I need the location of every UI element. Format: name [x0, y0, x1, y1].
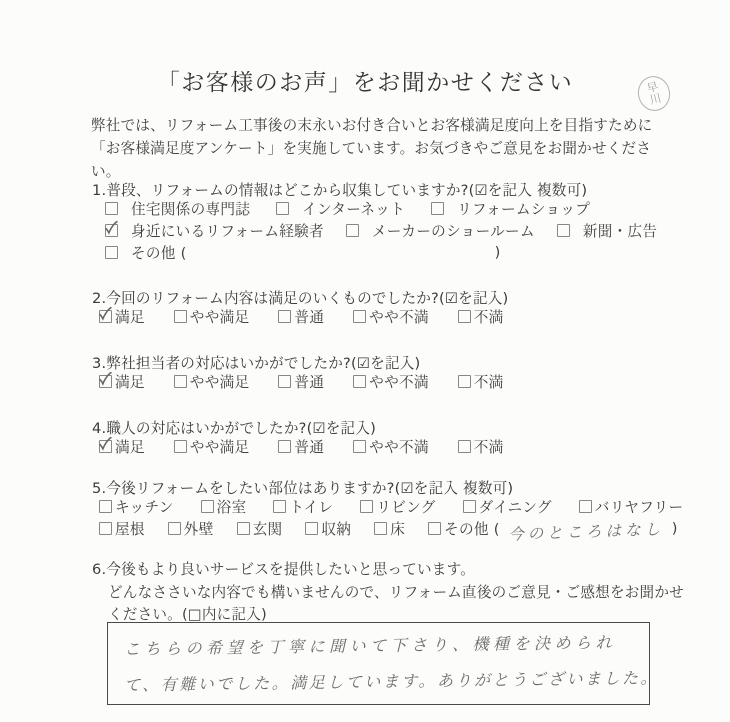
checkbox-option[interactable]: やや不満 [353, 436, 429, 457]
checkbox-icon[interactable] [305, 522, 318, 535]
checkbox-checked-icon[interactable] [99, 310, 112, 323]
checkbox-option[interactable]: リビング [360, 496, 435, 517]
checkbox-option[interactable]: 不満 [458, 306, 504, 327]
checkbox-label: トイレ [289, 496, 333, 517]
handwritten-comment-line-2: て、有難いでした。満足しています。ありがとうございました。 [124, 665, 649, 695]
checkbox-checked-icon[interactable] [99, 440, 112, 453]
checkbox-icon[interactable] [458, 440, 471, 453]
close-paren: ) [672, 520, 678, 537]
checkbox-icon[interactable] [353, 310, 366, 323]
checkbox-label: 普通 [294, 436, 324, 457]
check-mark-icon [103, 220, 120, 237]
checkbox-option[interactable]: やや不満 [353, 371, 429, 392]
checkbox-label: やや不満 [369, 436, 429, 457]
checkbox-icon[interactable] [557, 224, 570, 237]
checkbox-label: キッチン [115, 496, 174, 517]
checkbox-icon[interactable] [278, 310, 291, 323]
checkbox-icon[interactable] [360, 500, 373, 513]
question-2-options-row: 満足やや満足普通やや不満不満 [99, 309, 508, 324]
checkbox-option[interactable]: 普通 [278, 436, 324, 457]
checkbox-label: 不満 [474, 436, 504, 457]
question-1-options-row-2: 身近にいるリフォーム経験者メーカーのショールーム新聞・広告 [105, 223, 657, 238]
checkbox-option[interactable]: その他 () [105, 242, 500, 263]
checkbox-option[interactable]: 住宅関係の専門誌 [105, 198, 250, 219]
question-2-title: 2.今回のリフォーム内容は満足のいくものでしたか?(☑を記入) [92, 287, 508, 303]
checkbox-label: 住宅関係の専門誌 [131, 198, 250, 219]
checkbox-option[interactable]: その他 (今のところはなし) [428, 518, 677, 540]
checkbox-icon[interactable] [99, 500, 112, 513]
checkbox-label: 満足 [115, 371, 145, 392]
checkbox-label: 身近にいるリフォーム経験者 [131, 220, 324, 241]
checkbox-label: やや不満 [369, 371, 429, 392]
comment-box[interactable]: こちらの希望を丁寧に聞いて下さり、機種を決められ て、有難いでした。満足していま… [107, 622, 650, 705]
checkbox-option[interactable]: 満足 [99, 436, 145, 457]
checkbox-label: インターネット [302, 198, 405, 219]
checkbox-label: やや満足 [190, 371, 250, 392]
checkbox-checked-icon[interactable] [99, 375, 112, 388]
checkbox-icon[interactable] [276, 202, 289, 215]
checkbox-option[interactable]: ダイニング [463, 496, 552, 517]
checkbox-option[interactable]: 身近にいるリフォーム経験者 [105, 220, 324, 241]
checkbox-option[interactable]: キッチン [99, 496, 174, 517]
checkbox-label: メーカーのショールーム [372, 220, 535, 241]
question-6: 6.今後もより良いサービスを提供したいと思っています。 どんなささいな内容でも構… [92, 559, 684, 627]
question-6-line-2: どんなささいな内容でも構いませんので、リフォーム直後のご意見・ご感想をお聞かせ [108, 582, 684, 605]
question-3: 3.弊社担当者の対応はいかがでしたか?(☑を記入) 満足やや満足普通やや不満不満 [92, 352, 504, 396]
check-mark-icon [97, 306, 114, 323]
checkbox-option[interactable]: 浴室 [201, 496, 247, 517]
checkbox-icon[interactable] [431, 202, 444, 215]
intro-line-1: 弊社では、リフォーム工事後の末永いお付き合いとお客様満足度向上を目指すために [91, 117, 652, 134]
checkbox-icon[interactable] [99, 522, 112, 535]
checkbox-option[interactable]: やや不満 [353, 306, 429, 327]
checkbox-option[interactable]: バリヤフリー [579, 496, 684, 517]
question-1-title: 1.普段、リフォームの情報はどこから収集していますか?(☑を記入 複数可) [92, 179, 657, 195]
checkbox-icon[interactable] [353, 440, 366, 453]
question-6-line-1: 6.今後もより良いサービスを提供したいと思っています。 [92, 559, 684, 582]
checkbox-option[interactable]: 外壁 [168, 518, 214, 539]
checkbox-option[interactable]: やや満足 [174, 306, 250, 327]
checkbox-icon[interactable] [458, 375, 471, 388]
checkbox-icon[interactable] [237, 522, 250, 535]
checkbox-option[interactable]: 収納 [305, 518, 351, 539]
checkbox-option[interactable]: トイレ [273, 496, 333, 517]
checkbox-icon[interactable] [463, 500, 476, 513]
question-5-options-row-2: 屋根外壁玄関収納床その他 (今のところはなし) [99, 521, 683, 536]
checkbox-checked-icon[interactable] [105, 224, 118, 237]
checkbox-label: やや満足 [190, 306, 250, 327]
checkbox-option[interactable]: やや満足 [174, 436, 250, 457]
checkbox-option[interactable]: 不満 [458, 371, 504, 392]
checkbox-icon[interactable] [168, 522, 181, 535]
checkbox-option[interactable]: インターネット [276, 198, 405, 219]
checkbox-icon[interactable] [174, 375, 187, 388]
checkbox-option[interactable]: 新聞・広告 [557, 220, 657, 241]
checkbox-option[interactable]: 屋根 [99, 518, 145, 539]
question-1-options-row-1: 住宅関係の専門誌インターネットリフォームショップ [105, 201, 657, 216]
checkbox-option[interactable]: 玄関 [237, 518, 283, 539]
checkbox-icon[interactable] [346, 224, 359, 237]
checkbox-label: 外壁 [184, 518, 214, 539]
checkbox-option[interactable]: 普通 [278, 371, 324, 392]
checkbox-icon[interactable] [201, 500, 214, 513]
checkbox-option[interactable]: 満足 [99, 371, 145, 392]
checkbox-label: 新聞・広告 [583, 220, 657, 241]
check-mark-icon [97, 371, 114, 388]
checkbox-icon[interactable] [105, 202, 118, 215]
question-1: 1.普段、リフォームの情報はどこから収集していますか?(☑を記入 複数可) 住宅… [92, 179, 657, 267]
checkbox-label: やや満足 [190, 436, 250, 457]
checkbox-icon[interactable] [579, 500, 592, 513]
check-mark-icon [97, 436, 114, 453]
checkbox-option[interactable]: 床 [374, 518, 405, 539]
checkbox-icon[interactable] [273, 500, 286, 513]
handwritten-answer: 今のところはなし [507, 517, 664, 544]
checkbox-icon[interactable] [278, 440, 291, 453]
checkbox-option[interactable]: 普通 [278, 306, 324, 327]
page-title: 「お客様のお声」をお聞かせください [0, 64, 730, 97]
question-4: 4.職人の対応はいかがでしたか?(☑を記入) 満足やや満足普通やや不満不満 [92, 417, 504, 461]
checkbox-label: 普通 [294, 306, 324, 327]
question-5: 5.今後リフォームをしたい部位はありますか?(☑を記入 複数可) キッチン浴室ト… [92, 477, 683, 543]
checkbox-label: その他 ( [444, 518, 500, 539]
checkbox-icon[interactable] [278, 375, 291, 388]
checkbox-icon[interactable] [174, 440, 187, 453]
checkbox-label: 満足 [115, 436, 145, 457]
survey-page: 「お客様のお声」をお聞かせください 早 川 弊社では、リフォーム工事後の末永いお… [0, 0, 730, 722]
checkbox-option[interactable]: リフォームショップ [431, 198, 590, 219]
checkbox-label: バリヤフリー [595, 496, 684, 517]
close-paren: ) [495, 244, 501, 261]
checkbox-option[interactable]: 不満 [458, 436, 504, 457]
checkbox-label: 不満 [474, 306, 504, 327]
checkbox-label: 普通 [294, 371, 324, 392]
checkbox-icon[interactable] [105, 246, 118, 259]
question-5-title: 5.今後リフォームをしたい部位はありますか?(☑を記入 複数可) [92, 477, 683, 493]
question-4-options-row: 満足やや満足普通やや不満不満 [99, 439, 504, 454]
checkbox-label: やや不満 [369, 306, 429, 327]
question-2: 2.今回のリフォーム内容は満足のいくものでしたか?(☑を記入) 満足やや満足普通… [92, 287, 508, 331]
checkbox-label: 満足 [115, 306, 145, 327]
checkbox-option[interactable]: メーカーのショールーム [346, 220, 535, 241]
checkbox-label: リフォームショップ [457, 198, 590, 219]
intro-text: 弊社では、リフォーム工事後の末永いお付き合いとお客様満足度向上を目指すために 「… [91, 114, 671, 183]
question-4-title: 4.職人の対応はいかがでしたか?(☑を記入) [92, 417, 504, 433]
checkbox-label: その他 ( [131, 242, 187, 263]
intro-line-2: 「お客様満足度アンケート」を実施しています。お気づきやご意見をお聞かせください。 [91, 140, 651, 180]
checkbox-option[interactable]: 満足 [99, 306, 145, 327]
handwritten-comment-line-1: こちらの希望を丁寧に聞いて下さり、機種を決められ [124, 629, 649, 659]
checkbox-label: 収納 [321, 518, 351, 539]
checkbox-icon[interactable] [174, 310, 187, 323]
checkbox-label: 玄関 [253, 518, 283, 539]
hanko-stamp-char-bottom: 川 [648, 92, 662, 106]
checkbox-icon[interactable] [428, 522, 441, 535]
checkbox-label: ダイニング [479, 496, 552, 517]
checkbox-label: 不満 [474, 371, 504, 392]
question-3-title: 3.弊社担当者の対応はいかがでしたか?(☑を記入) [92, 352, 504, 368]
checkbox-icon[interactable] [353, 375, 366, 388]
checkbox-icon[interactable] [458, 310, 471, 323]
checkbox-option[interactable]: やや満足 [174, 371, 250, 392]
checkbox-icon[interactable] [374, 522, 387, 535]
question-5-options-row-1: キッチン浴室トイレリビングダイニングバリヤフリー [99, 499, 683, 514]
question-3-options-row: 満足やや満足普通やや不満不満 [99, 374, 504, 389]
checkbox-label: リビング [376, 496, 435, 517]
checkbox-label: 浴室 [217, 496, 247, 517]
question-1-options-row-3: その他 () [105, 245, 657, 260]
checkbox-label: 床 [390, 518, 405, 539]
checkbox-label: 屋根 [115, 518, 145, 539]
